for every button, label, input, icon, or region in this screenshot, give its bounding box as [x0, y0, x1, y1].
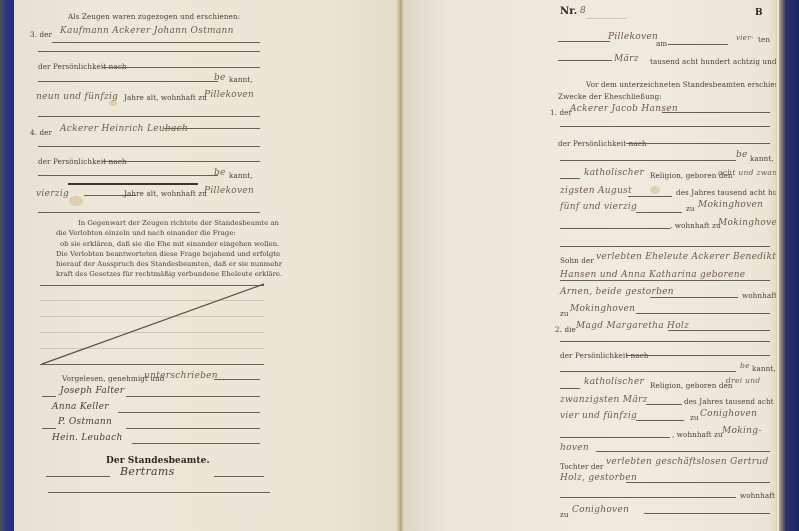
groom-parents-residence-prefix: zu [560, 309, 569, 318]
left-page: Als Zeugen waren zugezogen und erschiene… [14, 0, 400, 531]
signature-3: P. Ostmann [58, 417, 112, 427]
record-number-value: 8 [580, 6, 586, 16]
form-line [626, 482, 770, 483]
bride-birth-year: vier und fünfzig [560, 411, 637, 421]
bride-parents-residence-label: wohnhaft [740, 491, 775, 500]
form-line [560, 178, 580, 179]
bride-parents-residence: Conighoven [572, 505, 629, 515]
witness3-known-hand: be [214, 73, 226, 83]
bride-birth-place: Conighoven [700, 409, 757, 419]
form-line [626, 355, 770, 356]
form-line [42, 396, 56, 397]
form-line [38, 81, 218, 82]
groom-prefix: 1. der [550, 108, 572, 117]
bride-known-hand: be [740, 361, 750, 370]
form-line [560, 371, 736, 372]
form-line [636, 420, 684, 421]
form-line [38, 212, 260, 213]
form-line [38, 146, 260, 147]
form-line [38, 116, 260, 117]
bride-religion-label: Religion, geboren den [650, 381, 733, 390]
form-line [560, 437, 670, 438]
witness4-prefix: 4. der [30, 128, 52, 137]
groom-parents-label: Sohn der [560, 256, 594, 265]
witness3-known-label: kannt, [229, 75, 253, 84]
groom-religion: katholischer [584, 168, 644, 178]
form-line [644, 513, 770, 514]
bride-birth-day-2: zwanzigsten März [560, 395, 648, 405]
form-line [560, 160, 736, 161]
groom-parents-1: verlebten Eheleute Ackerer Benedikt [596, 252, 776, 262]
bride-prefix: 2. die [555, 325, 576, 334]
signature-1: Joseph Falter [60, 386, 124, 396]
witness-intro: Als Zeugen waren zugezogen und erschiene… [68, 12, 240, 21]
bride-parents-1: verlebten geschäftslosen Gertrud [606, 457, 769, 467]
ceremony-text: In Gegenwart der Zeugen richtete der Sta… [56, 218, 268, 280]
day-hand: vier- [736, 34, 754, 42]
form-line [126, 428, 260, 429]
bride-parents-label: Tochter der [560, 462, 603, 471]
form-line [102, 161, 260, 162]
right-page: Nr. 8 B Pillekoven am vier- ten März tau… [400, 0, 786, 531]
groom-parents-residence-label: wohnhaft [742, 291, 777, 300]
intro-text-2: Zwecke der Eheschließung: [558, 92, 662, 101]
form-line [560, 388, 580, 389]
groom-residence-label: , wohnhaft zu [670, 221, 721, 230]
witness3-residence: Pillekoven [204, 90, 254, 100]
bride-birth-day: drei und [726, 376, 760, 385]
signature-4: Hein. Leubach [52, 433, 123, 443]
groom-known-hand: be [736, 150, 748, 160]
month-hand: März [614, 54, 639, 64]
groom-birth-place: Mokinghoven [698, 200, 763, 210]
witness4-known-hand: be [214, 168, 226, 178]
form-line [668, 330, 770, 331]
form-line [596, 451, 770, 452]
form-line [646, 404, 682, 405]
form-line [560, 126, 770, 127]
form-line [46, 476, 110, 477]
form-line [132, 443, 260, 444]
witness3-age: neun und fünfzig [36, 92, 118, 102]
form-line [214, 379, 260, 380]
witness3-name: Kaufmann Ackerer Johann Ostmann [60, 26, 234, 36]
witness3-prefix: 3. der [30, 30, 52, 39]
bride-parents-residence-prefix: zu [560, 510, 569, 519]
witness3-age-label: Jahre alt, wohnhaft zu [124, 93, 207, 102]
form-line [42, 428, 56, 429]
form-line [558, 60, 612, 61]
place-hand: Pillekoven [608, 32, 658, 42]
form-line [38, 175, 218, 176]
form-line [558, 41, 610, 42]
form-line [560, 280, 770, 281]
book-binding-right [779, 0, 799, 531]
groom-parents-residence: Mokinghoven [570, 304, 635, 314]
witness4-residence: Pillekoven [204, 186, 254, 196]
witness4-name: Ackerer Heinrich Leubach [60, 124, 188, 134]
form-line [68, 183, 198, 185]
groom-birth-day-2: zigsten August [560, 186, 632, 196]
groom-parents-3: Arnen, beide gestorben [560, 287, 674, 297]
bride-residence-label: , wohnhaft zu [672, 430, 723, 439]
groom-known-label: kannt, [750, 154, 774, 163]
form-line [118, 412, 260, 413]
book-gutter [396, 0, 404, 531]
bride-residence-2: hoven [560, 443, 589, 453]
intro-text-1: Vor dem unterzeichneten Standesbeamten e… [586, 80, 799, 89]
signature-2: Anna Keller [52, 402, 109, 412]
groom-parents-2: Hansen und Anna Katharina geborene [560, 270, 745, 280]
form-line [586, 18, 626, 19]
form-line [52, 42, 260, 43]
groom-birth-place-label: zu [686, 204, 695, 213]
day-suffix: ten [758, 35, 770, 44]
form-line [560, 246, 770, 247]
date-label-am: am [656, 39, 667, 48]
strike-through-line [40, 282, 266, 366]
bride-known-label: kannt, [752, 364, 776, 373]
form-line [164, 128, 260, 129]
form-line [650, 297, 738, 298]
form-line [214, 476, 264, 477]
bride-religion: katholischer [584, 377, 644, 387]
paper-stain [69, 196, 83, 206]
bride-birth-place-label: zu [690, 413, 699, 422]
record-number-label: Nr. [560, 6, 577, 17]
form-line [636, 212, 682, 213]
witness4-age: vierzig [36, 189, 69, 199]
register-letter: B [755, 8, 763, 18]
form-line [38, 51, 260, 52]
witness4-age-label: Jahre alt, wohnhaft zu [124, 189, 207, 198]
groom-residence: Mokinghoven [718, 218, 783, 228]
form-line [668, 44, 728, 45]
bride-residence: Moking- [722, 426, 762, 436]
form-line [126, 396, 260, 397]
form-line [102, 67, 260, 68]
form-line [560, 497, 736, 498]
form-line [636, 313, 770, 314]
registrar-signature: Bertrams [120, 465, 175, 478]
witness4-known-label: kannt, [229, 171, 253, 180]
groom-birth-year: fünf und vierzig [560, 202, 637, 212]
form-line [628, 196, 672, 197]
form-line [48, 492, 270, 493]
read-approved-hand: unterschrieben [144, 371, 218, 381]
form-line [560, 228, 670, 229]
paper-stain [650, 186, 660, 194]
form-line [626, 143, 770, 144]
form-line [560, 341, 770, 342]
form-line [662, 112, 770, 113]
groom-birth-day: acht und zwan- [718, 168, 780, 177]
